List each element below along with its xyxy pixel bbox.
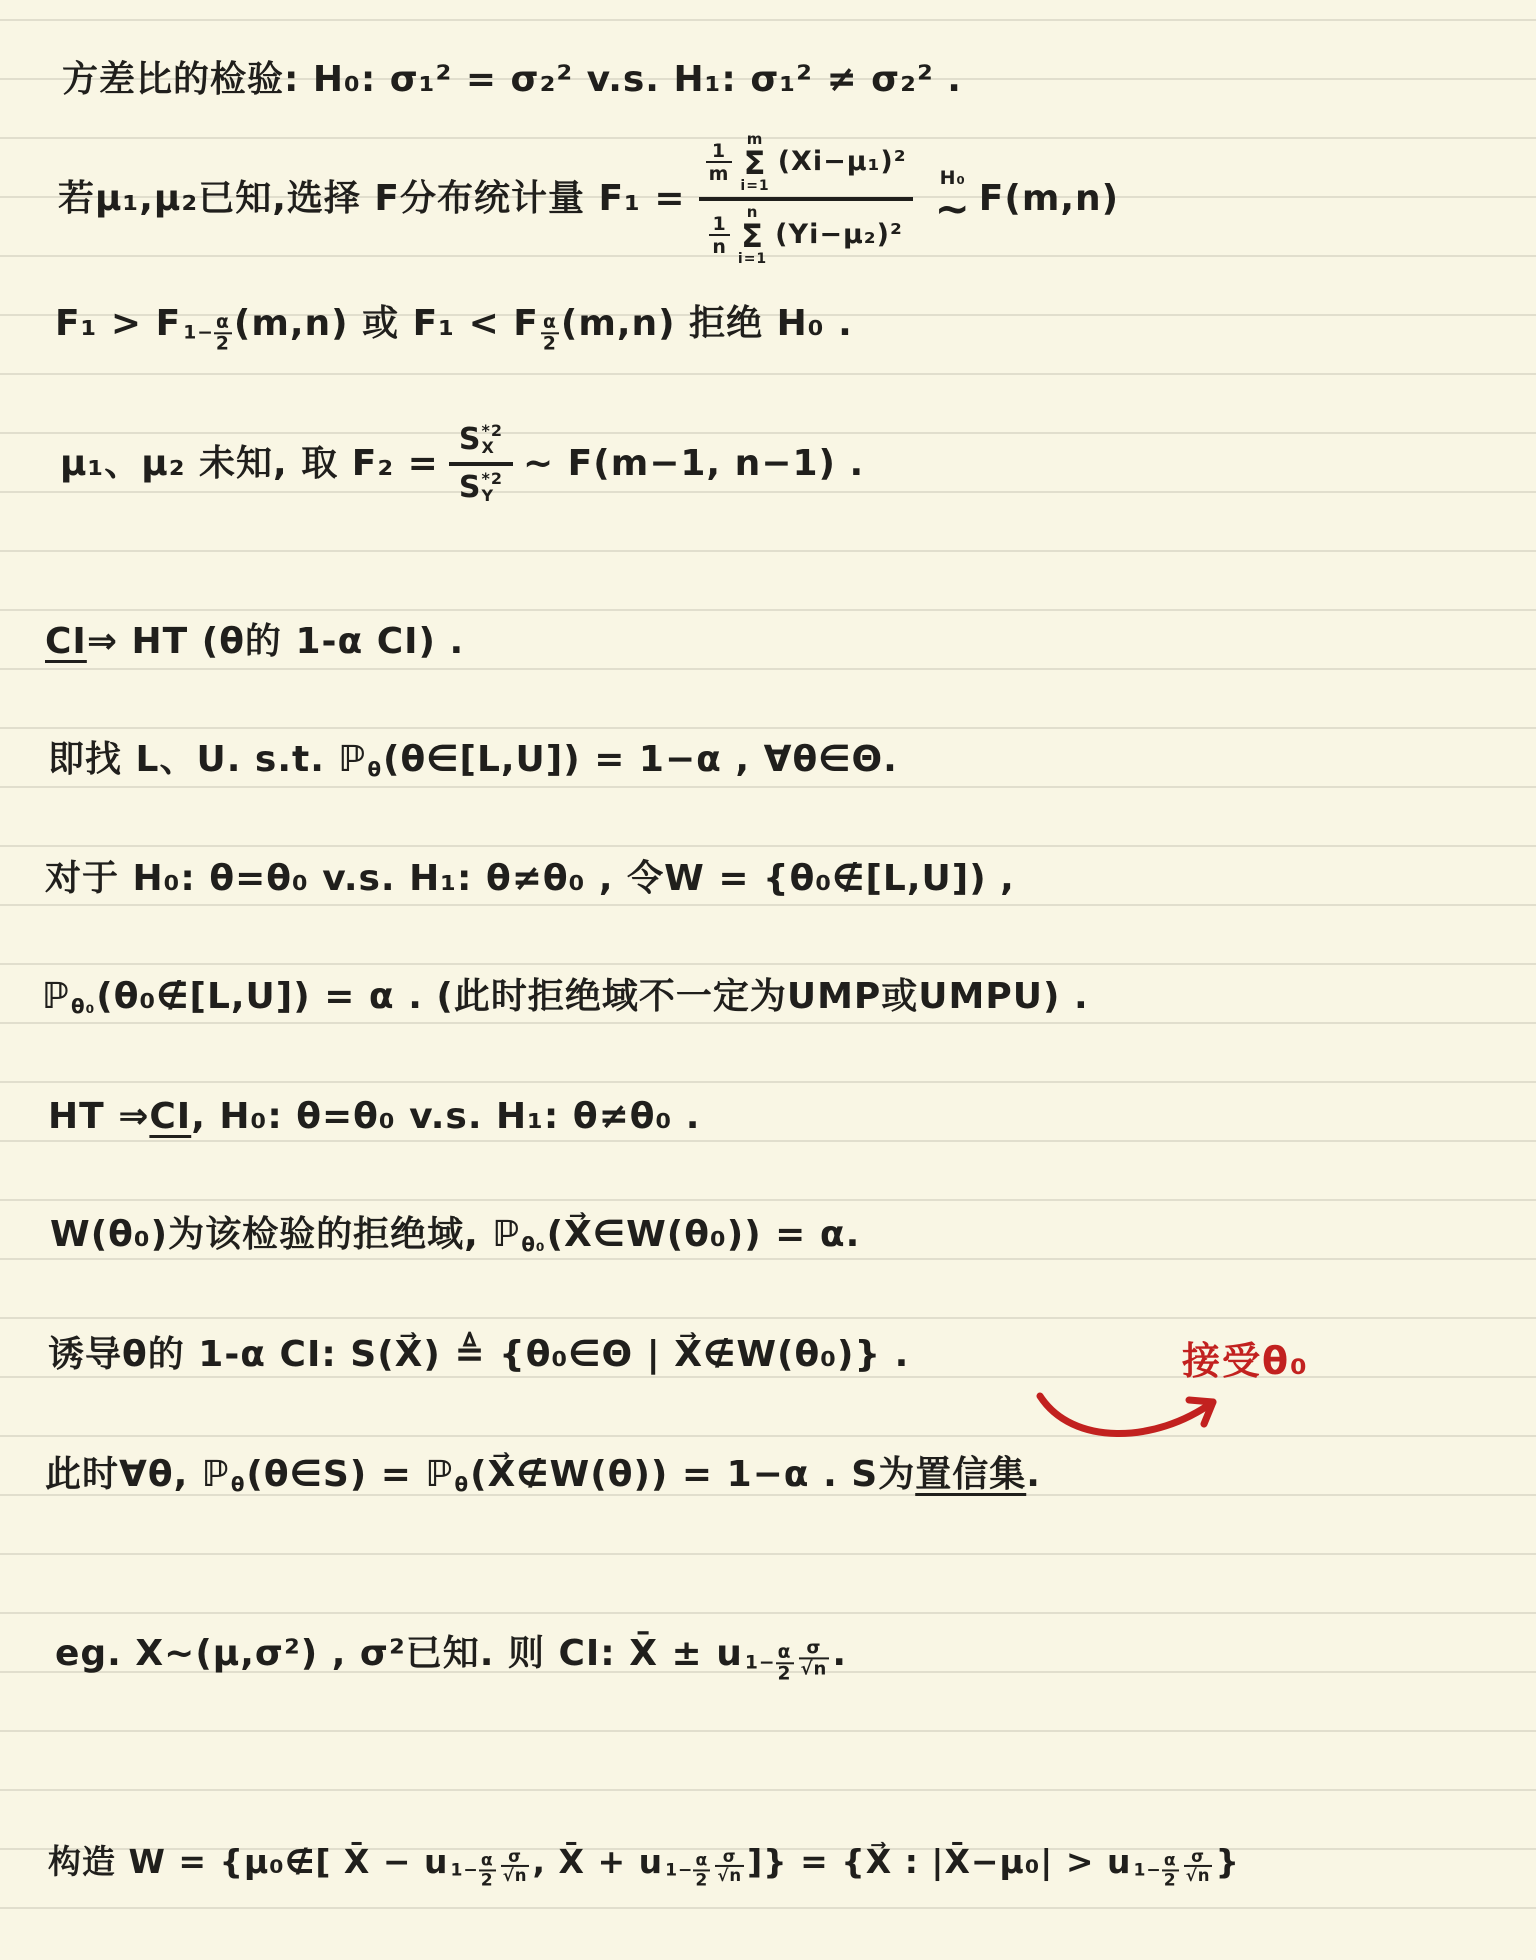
sigma-symbol: Σ: [744, 147, 767, 179]
note-line-f1-statistic: 若μ₁,μ₂已知,选择 F分布统计量 F₁ = 1 m m Σ i=1 (Xi−…: [58, 128, 1119, 270]
sigma-over-sqrt-n: σ √n: [501, 1849, 530, 1885]
line2-prefix: 若μ₁,μ₂已知,选择 F分布统计量 F₁ =: [58, 177, 686, 220]
coef-1-over-m: 1 m: [706, 142, 733, 184]
note-line-rejection-region: W(θ₀)为该检验的拒绝域, ℙ θ₀ (X⃗∈W(θ₀)) = α.: [50, 1213, 860, 1256]
f2-fraction: S *2 X S *2 Y: [449, 418, 513, 510]
prob-sub-theta0: θ₀: [71, 995, 95, 1019]
f1-numerator: 1 m m Σ i=1 (Xi−μ₁)²: [696, 128, 917, 197]
prob-sub-theta: θ: [231, 1473, 246, 1497]
u-quantile-sub: 1− α 2: [450, 1853, 495, 1890]
red-arrow-icon: [1030, 1382, 1230, 1454]
ci-underlined: CI: [149, 1095, 191, 1138]
sum-i-1-n: n Σ i=1: [738, 205, 767, 266]
note-line-rejection-rule: F₁ > F 1− α 2 (m,n) 或 F₁ < F α 2 (m,n) 拒…: [55, 302, 853, 345]
prob-sub-theta0: θ₀: [521, 1233, 545, 1257]
coef-1-over-n: 1 n: [709, 215, 730, 257]
sample-var-y: S *2 Y: [459, 470, 503, 506]
red-annotation-accept-theta0: 接受θ₀: [1182, 1330, 1309, 1385]
note-line-alpha-level: ℙ θ₀ (θ₀∉[L,U]) = α . (此时拒绝域不一定为UMP或UMPU…: [42, 975, 1089, 1018]
note-line-constructed-w: 构造 W = {μ₀∉[ X̄ − u 1− α 2 σ √n , X̄ + u…: [48, 1842, 1240, 1882]
confidence-set-underlined: 置信集: [915, 1453, 1026, 1496]
sigma-over-sqrt-n: σ √n: [799, 1639, 830, 1678]
note-line-variance-test-title: 方差比的检验: H₀: σ₁² = σ₂² v.s. H₁: σ₁² ≠ σ₂²…: [62, 58, 962, 101]
note-line-ci-implies-ht: CI ⇒ HT (θ的 1-α CI) .: [45, 620, 464, 663]
ci-underlined: CI: [45, 620, 87, 663]
note-line-find-lu: 即找 L、U. s.t. ℙ θ (θ∈[L,U]) = 1−α , ∀θ∈Θ.: [48, 738, 898, 781]
note-line-induced-ci: 诱导θ的 1-α CI: S(X⃗) ≜ {θ₀∈Θ | X⃗∉W(θ₀)} .: [48, 1333, 909, 1376]
notebook-page: 方差比的检验: H₀: σ₁² = σ₂² v.s. H₁: σ₁² ≠ σ₂²…: [0, 0, 1536, 1960]
quantile-sub-1-minus-alpha-2: 1− α 2: [183, 314, 232, 354]
f1-denominator: 1 n n Σ i=1 (Yi−μ₂)²: [699, 197, 912, 270]
note-line-ht-implies-ci: HT ⇒ CI , H₀: θ=θ₀ v.s. H₁: θ≠θ₀ .: [48, 1095, 700, 1138]
sigma-over-sqrt-n: σ √n: [1184, 1849, 1213, 1885]
den-expression: (Yi−μ₂)²: [775, 219, 903, 251]
f2-numerator: S *2 X: [449, 418, 513, 462]
num-expression: (Xi−μ₁)²: [778, 146, 907, 178]
quantile-sub-alpha-2: α 2: [541, 314, 559, 354]
note-line-confidence-set: 此时∀θ, ℙ θ (θ∈S) = ℙ θ (X⃗∉W(θ)) = 1−α . …: [45, 1453, 1041, 1496]
u-quantile-sub: 1− α 2: [1133, 1853, 1178, 1890]
note-line-example-ci: eg. X~(μ,σ²) , σ²已知. 则 CI: X̄ ± u 1− α 2…: [55, 1632, 847, 1675]
sigma-over-sqrt-n: σ √n: [715, 1849, 744, 1885]
line1-text: 方差比的检验: H₀: σ₁² = σ₂² v.s. H₁: σ₁² ≠ σ₂²…: [62, 58, 962, 101]
prob-sub-theta: θ: [454, 1473, 469, 1497]
f-distribution: F(m,n): [979, 177, 1119, 220]
note-line-f2-statistic: μ₁、μ₂ 未知, 取 F₂ = S *2 X S *2 Y: [60, 418, 864, 510]
distributed-as-under-h0: H₀ ~: [935, 169, 971, 230]
u-quantile-sub: 1− α 2: [745, 1644, 794, 1684]
prob-sub-theta: θ: [367, 758, 382, 782]
f2-denominator: S *2 Y: [449, 462, 513, 510]
f1-fraction: 1 m m Σ i=1 (Xi−μ₁)² 1 n n Σ i=1: [696, 128, 917, 270]
note-line-define-w: 对于 H₀: θ=θ₀ v.s. H₁: θ≠θ₀ , 令W = {θ₀∉[L,…: [45, 857, 1015, 900]
sigma-symbol: Σ: [741, 220, 764, 252]
sample-var-x: S *2 X: [459, 422, 503, 458]
u-quantile-sub: 1− α 2: [665, 1853, 710, 1890]
sum-i-1-m: m Σ i=1: [740, 132, 769, 193]
